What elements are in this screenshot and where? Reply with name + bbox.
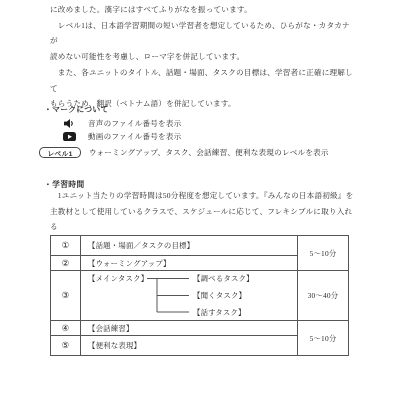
mark-item-video-label: 動画のファイル番号を表示 [88,131,181,142]
table-time-rows1-2: 5～10分 [298,236,348,271]
table-row2-num: ② [51,256,81,271]
intro-line-3: 読めない可能性を考慮し、ローマ字を併記しています。 [50,49,354,65]
table-row1-content: 【話題・場面／タスクの目標】 [81,236,298,256]
subtask-listen-label: 【聞くタスク】 [193,289,246,302]
main-task-label: 【メインタスク】 [88,272,148,285]
intro-line-1: に改めました。漢字にはすべてふりがなを振っています。 [50,2,354,18]
mark-item-video: 動画のファイル番号を表示 [50,130,181,143]
mark-item-level-label: ウォーミングアップ、タスク、会話練習、便利な表現のレベルを表示 [89,147,329,158]
table-row4-content: 【会話練習】 [81,321,298,336]
table-time-rows4-5: 5～10分 [298,321,348,355]
speaker-icon [50,119,88,128]
table-row1-num: ① [51,236,81,256]
intro-line-4: また、各ユニットのタイトル、話題・場面、タスクの目標は、学習者に正確に理解して [50,65,354,96]
subtask-research-label: 【調べるタスク】 [193,272,254,285]
subtask-speak-label: 【話すタスク】 [193,306,246,319]
table-time-row3: 30～40分 [298,271,348,321]
unit-structure-table: ① 【話題・場面／タスクの目標】 5～10分 ② 【ウォーミングアップ】 ③ 【… [50,235,349,356]
level-badge: レベル1 [39,147,81,158]
mark-item-audio-label: 音声のファイル番号を表示 [88,118,181,129]
table-row4-num: ④ [51,321,81,336]
table-row5-content: 【便利な表現】 [81,336,298,355]
table-row5-num: ⑤ [51,336,81,355]
table-row2-content: 【ウォーミングアップ】 [81,256,298,271]
document-page: に改めました。漢字にはすべてふりがなを振っています。 レベル1は、日本語学習期間… [0,0,400,400]
intro-line-2: レベル1は、日本語学習期間の短い学習者を想定しているため、ひらがな・カタカナが [50,18,354,49]
table-row3-num: ③ [51,271,81,321]
marks-section-heading: ・マークについて [44,104,109,115]
intro-paragraph: に改めました。漢字にはすべてふりがなを振っています。 レベル1は、日本語学習期間… [50,2,354,112]
video-play-icon [50,132,88,142]
mark-item-audio: 音声のファイル番号を表示 [50,117,181,130]
mark-item-level: レベル1 ウォーミングアップ、タスク、会話練習、便利な表現のレベルを表示 [39,146,329,159]
study-line-2: 主教材として使用しているクラスで、スケジュールに応じて、フレキシブルに取り入れる [50,204,354,235]
study-line-1: 1ユニット当たりの学習時間は50分程度を想定しています。『みんなの日本語初級』を [50,188,354,204]
table-row3-content: 【メインタスク】 【調べるタスク】 【聞くタスク】 【話すタスク】 [81,271,298,321]
